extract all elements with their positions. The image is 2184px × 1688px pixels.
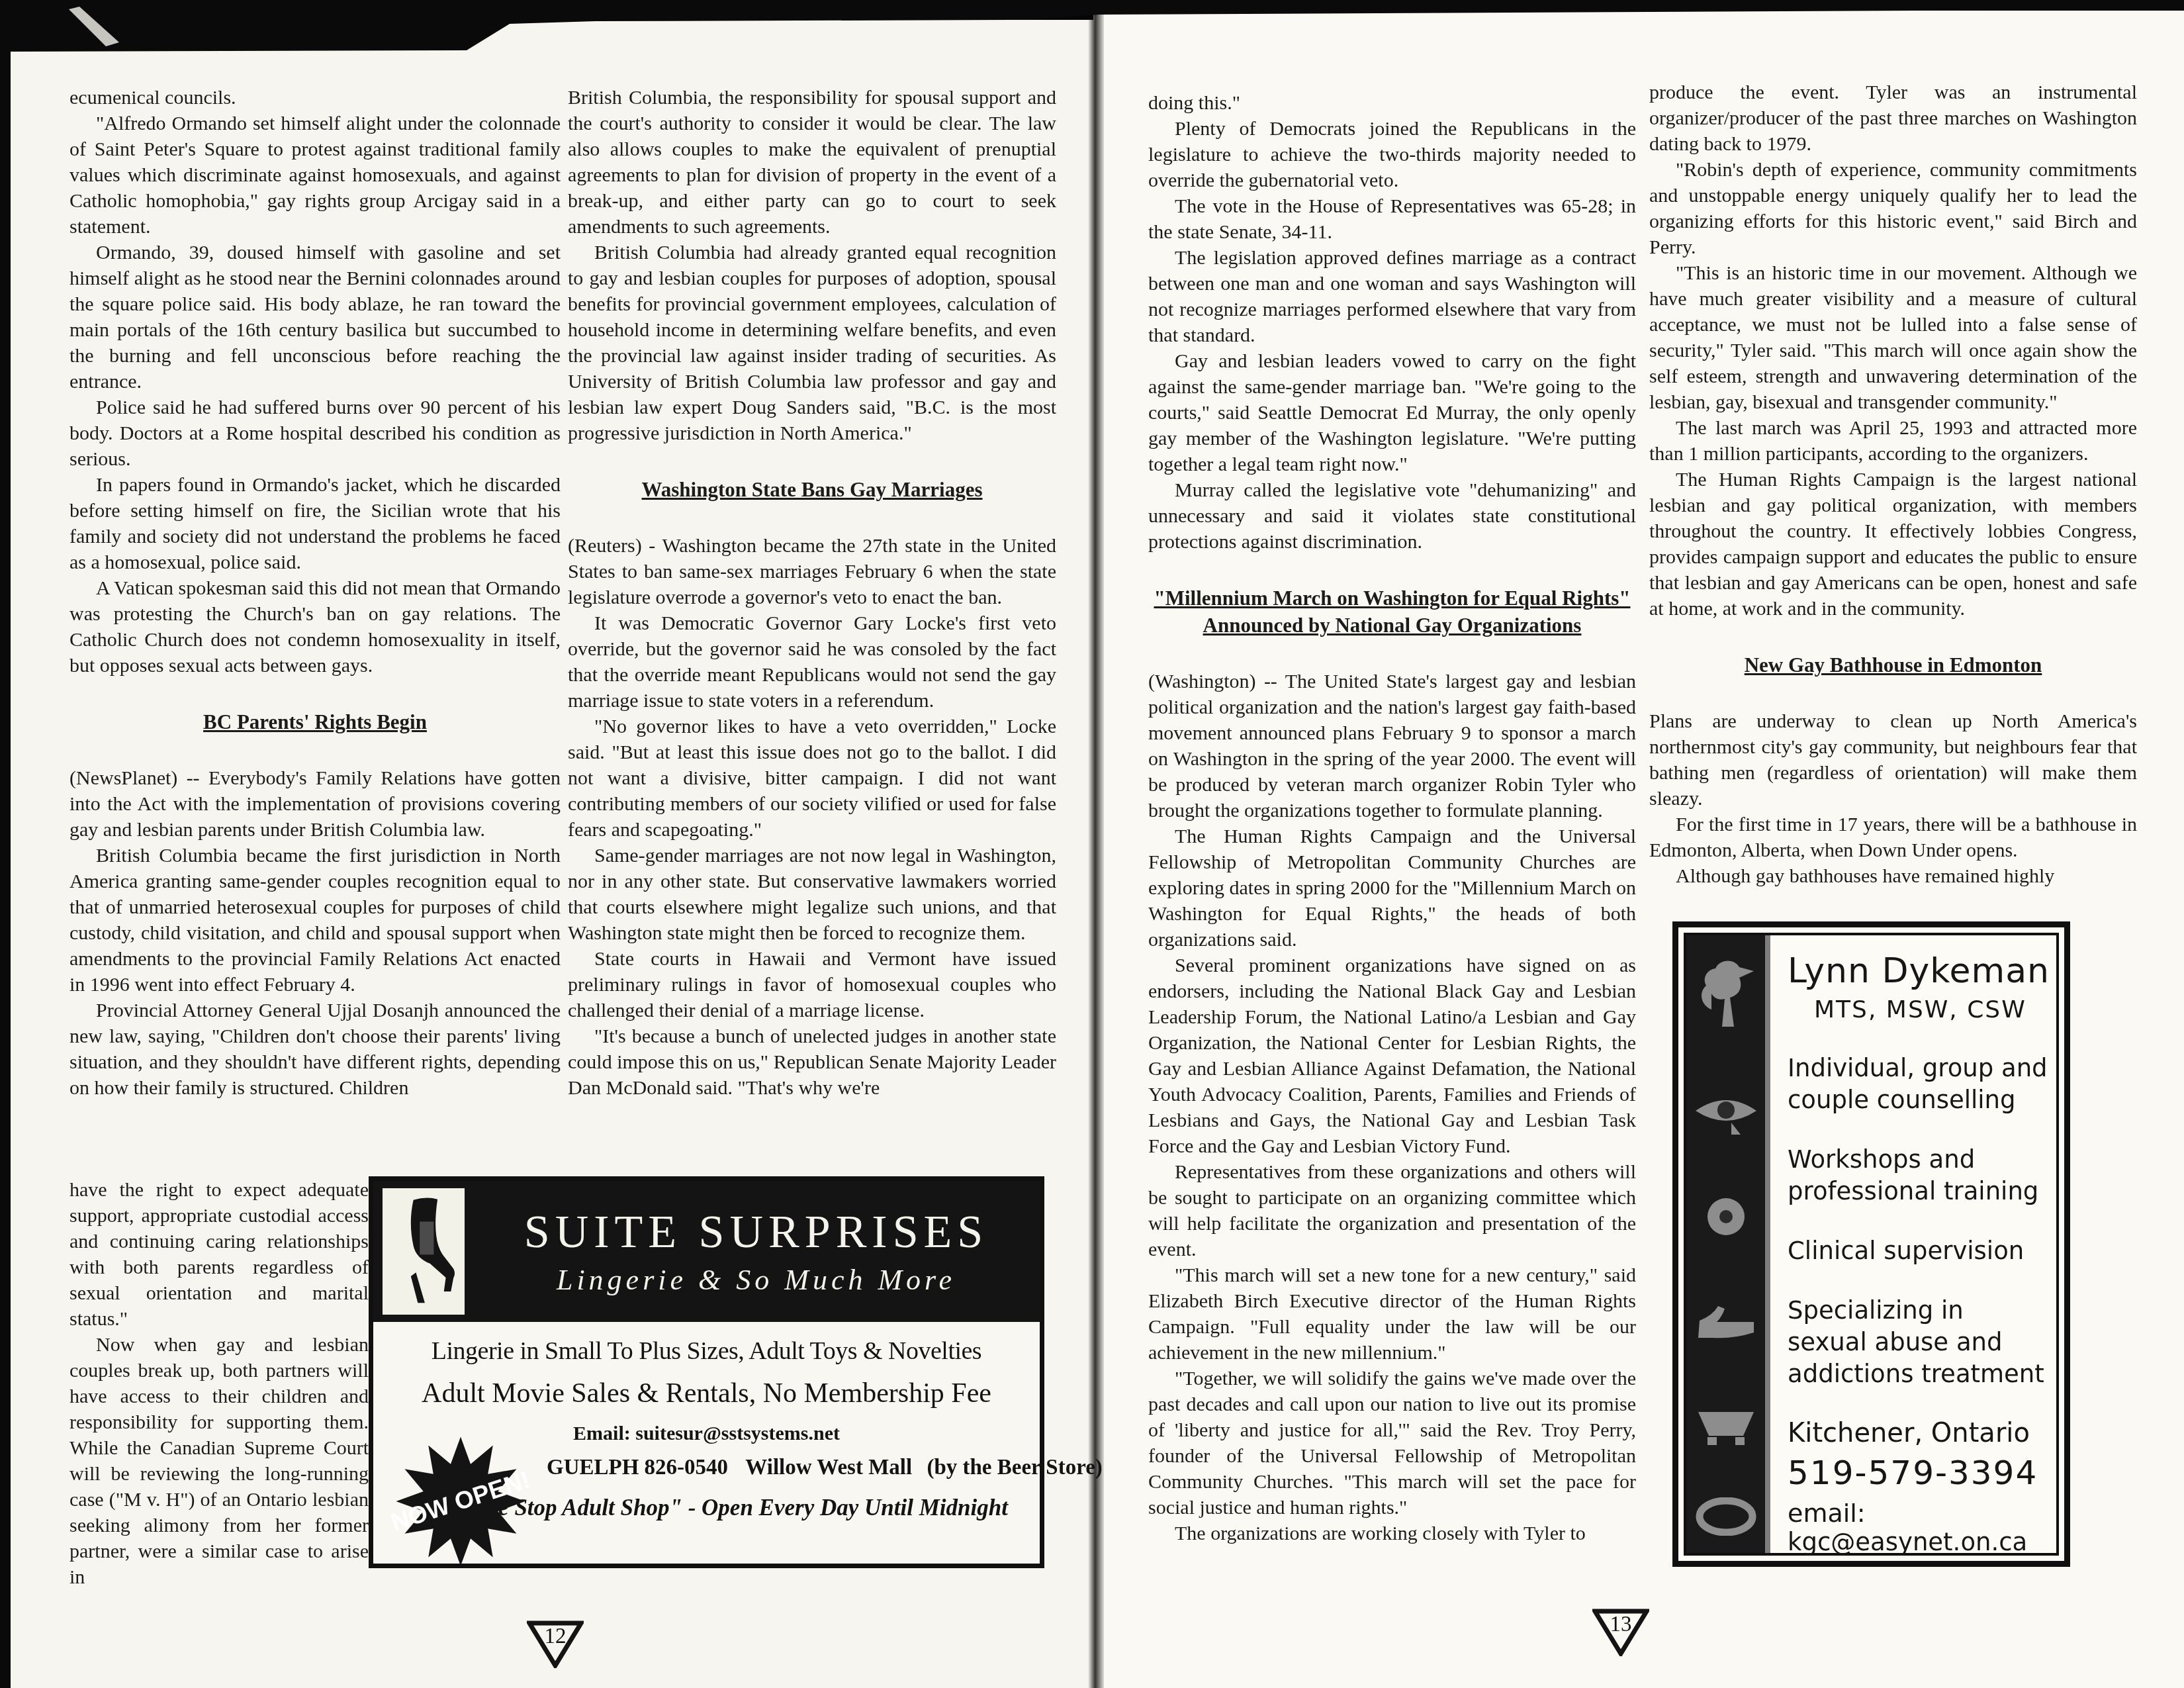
ad-header-band: SUITE SURPRISES Lingerie & So Much More: [373, 1181, 1040, 1322]
suite-surprises-ad: SUITE SURPRISES Lingerie & So Much More …: [369, 1176, 1044, 1568]
paragraph: have the right to expect adequate suppor…: [69, 1177, 369, 1332]
paragraph: "Alfredo Ormando set himself alight unde…: [69, 111, 561, 240]
ad-title-block: SUITE SURPRISES Lingerie & So Much More: [473, 1181, 1040, 1322]
paragraph: (Washington) -- The United State's large…: [1148, 669, 1636, 823]
hieroglyph-cartouche-icon: [1694, 1497, 1758, 1536]
paragraph: British Columbia became the first jurisd…: [69, 843, 561, 998]
headline-bc-parents-rights: BC Parents' Rights Begin: [69, 708, 561, 735]
ad-city: Kitchener, Ontario: [1788, 1418, 2050, 1448]
paragraph: The Human Rights Campaign is the largest…: [1649, 467, 2137, 622]
paragraph: Representatives from these organizations…: [1148, 1159, 1636, 1262]
paragraph: Although gay bathhouses have remained hi…: [1649, 863, 2137, 889]
col3-rest-paragraphs: (Washington) -- The United State's large…: [1148, 669, 1636, 1546]
paragraph: Specializing in sexual abuse and addicti…: [1788, 1295, 2050, 1390]
paragraph: Murray called the legislative vote "dehu…: [1148, 477, 1636, 555]
paragraph: The legislation approved defines marriag…: [1148, 245, 1636, 348]
lynn-dykeman-ad: Lynn Dykeman MTS, MSW, CSW Individual, g…: [1672, 921, 2070, 1567]
paragraph: doing this.": [1148, 90, 1636, 116]
ad-title: SUITE SURPRISES: [524, 1206, 989, 1259]
paragraph: State courts in Hawaii and Vermont have …: [568, 946, 1056, 1023]
hieroglyph-sun-icon: [1696, 1186, 1756, 1247]
ad-tagline: Lingerie & So Much More: [557, 1263, 956, 1297]
col1-top-paragraphs: ecumenical councils."Alfredo Ormando set…: [69, 85, 561, 679]
column-4: produce the event. Tyler was an instrume…: [1649, 79, 2137, 889]
page-number-12: 12: [527, 1620, 584, 1668]
headline-washington-bans: Washington State Bans Gay Marriages: [568, 476, 1056, 503]
paragraph: "This is an historic time in our movemen…: [1649, 260, 2137, 415]
col3-top-paragraphs: doing this."Plenty of Democrats joined t…: [1148, 90, 1636, 555]
high-heel-boot-icon: [392, 1196, 455, 1307]
paragraph: Gay and lesbian leaders vowed to carry o…: [1148, 348, 1636, 477]
paragraph: A Vatican spokesman said this did not me…: [69, 575, 561, 679]
paragraph: Now when gay and lesbian couples break u…: [69, 1332, 369, 1590]
paragraph: "No governor likes to have a veto overri…: [568, 714, 1056, 843]
hieroglyph-hand-icon: [1693, 1298, 1759, 1355]
col1-mid-paragraphs: (NewsPlanet) -- Everybody's Family Relat…: [69, 765, 561, 1101]
ad-location: Willow West Mall: [745, 1456, 912, 1479]
col4-rest-paragraphs: Plans are underway to clean up North Ame…: [1649, 708, 2137, 889]
paragraph: Clinical supervision: [1788, 1235, 2050, 1267]
paragraph: Same-gender marriages are not now legal …: [568, 843, 1056, 946]
paragraph: The Human Rights Campaign and the Univer…: [1148, 823, 1636, 953]
ad-location-note: (by the Beer Store): [927, 1456, 1102, 1479]
hieroglyph-strip: [1686, 935, 1770, 1553]
column-3: doing this."Plenty of Democrats joined t…: [1148, 90, 1636, 1546]
col4-top-paragraphs: produce the event. Tyler was an instrume…: [1649, 79, 2137, 622]
paragraph: British Columbia, the responsibility for…: [568, 85, 1056, 240]
page-number-13: 13: [1592, 1609, 1649, 1656]
paragraph: Several prominent organizations have sig…: [1148, 953, 1636, 1159]
ad-contact-line: GUELPH 826-0540 Willow West Mall (by the…: [547, 1456, 1032, 1480]
ad-credentials: MTS, MSW, CSW: [1814, 996, 2050, 1023]
paragraph: British Columbia had already granted equ…: [568, 240, 1056, 446]
paragraph: The vote in the House of Representatives…: [1148, 193, 1636, 245]
headline-millennium-march: "Millennium March on Washington for Equa…: [1148, 585, 1636, 639]
ad-text-block: Lynn Dykeman MTS, MSW, CSW Individual, g…: [1770, 935, 2056, 1553]
paragraph: (NewsPlanet) -- Everybody's Family Relat…: [69, 765, 561, 843]
scan-edge-left: [0, 0, 11, 1688]
hieroglyph-basket-icon: [1693, 1407, 1759, 1446]
paragraph: The organizations are working closely wi…: [1148, 1521, 1636, 1546]
paragraph: "Together, we will solidify the gains we…: [1148, 1366, 1636, 1521]
column-1-narrow: have the right to expect adequate suppor…: [69, 1177, 369, 1590]
headline-new-bathhouse: New Gay Bathhouse in Edmonton: [1649, 651, 2137, 679]
paragraph: Ormando, 39, doused himself with gasolin…: [69, 240, 561, 395]
column-1: ecumenical councils."Alfredo Ormando set…: [69, 85, 561, 1101]
ad-email: kgc@easynet.on.ca: [1788, 1528, 2050, 1556]
ad-phone: GUELPH 826-0540: [547, 1456, 728, 1479]
column-2: British Columbia, the responsibility for…: [568, 85, 1056, 1101]
paragraph: In papers found in Ormando's jacket, whi…: [69, 472, 561, 575]
col2-rest-paragraphs: (Reuters) - Washington became the 27th s…: [568, 533, 1056, 1101]
ad-phone: 519-579-3394: [1788, 1454, 2050, 1492]
paragraph: Plans are underway to clean up North Ame…: [1649, 708, 2137, 812]
page-number-label: 13: [1592, 1613, 1649, 1637]
paragraph: Workshops and professional training: [1788, 1144, 2050, 1207]
paragraph: "It's because a bunch of unelected judge…: [568, 1023, 1056, 1101]
paragraph: The last march was April 25, 1993 and at…: [1649, 415, 2137, 467]
ad-offer-line: Lingerie in Small To Plus Sizes, Adult T…: [381, 1336, 1032, 1366]
hieroglyph-eye-icon: [1692, 1088, 1760, 1135]
ad-inner-frame: Lynn Dykeman MTS, MSW, CSW Individual, g…: [1684, 933, 2059, 1556]
paragraph: It was Democratic Governor Gary Locke's …: [568, 610, 1056, 714]
scanned-newsletter-spread: ecumenical councils."Alfredo Ormando set…: [0, 0, 2184, 1688]
paragraph: produce the event. Tyler was an instrume…: [1649, 79, 2137, 157]
ad-email-label: email:: [1788, 1499, 2050, 1528]
paragraph: Plenty of Democrats joined the Republica…: [1148, 116, 1636, 193]
ad-offer-line: Adult Movie Sales & Rentals, No Membersh…: [381, 1378, 1032, 1409]
boot-illustration-box: [383, 1188, 465, 1315]
paragraph: Individual, group and couple counselling: [1788, 1053, 2050, 1116]
scan-edge-top: [0, 0, 2184, 60]
paragraph: Provincial Attorney General Ujjal Dosanj…: [69, 998, 561, 1101]
paragraph: For the first time in 17 years, there wi…: [1649, 812, 2137, 863]
paragraph: "Robin's depth of experience, community …: [1649, 157, 2137, 260]
ad-name: Lynn Dykeman: [1788, 951, 2050, 991]
page-gutter-shadow: [1088, 0, 1104, 1688]
paragraph: Police said he had suffered burns over 9…: [69, 395, 561, 472]
page-number-label: 12: [527, 1624, 584, 1649]
col2-top-paragraphs: British Columbia, the responsibility for…: [568, 85, 1056, 446]
ad-frame-gap: Lynn Dykeman MTS, MSW, CSW Individual, g…: [1678, 927, 2064, 1561]
paragraph: ecumenical councils.: [69, 85, 561, 111]
paragraph: (Reuters) - Washington became the 27th s…: [568, 533, 1056, 610]
now-open-burst: NOW OPEN!: [388, 1431, 533, 1571]
paragraph: "This march will set a new tone for a ne…: [1148, 1262, 1636, 1366]
hieroglyph-bird-icon: [1693, 953, 1759, 1037]
ad-services-list: Individual, group and couple counselling…: [1788, 1053, 2050, 1390]
